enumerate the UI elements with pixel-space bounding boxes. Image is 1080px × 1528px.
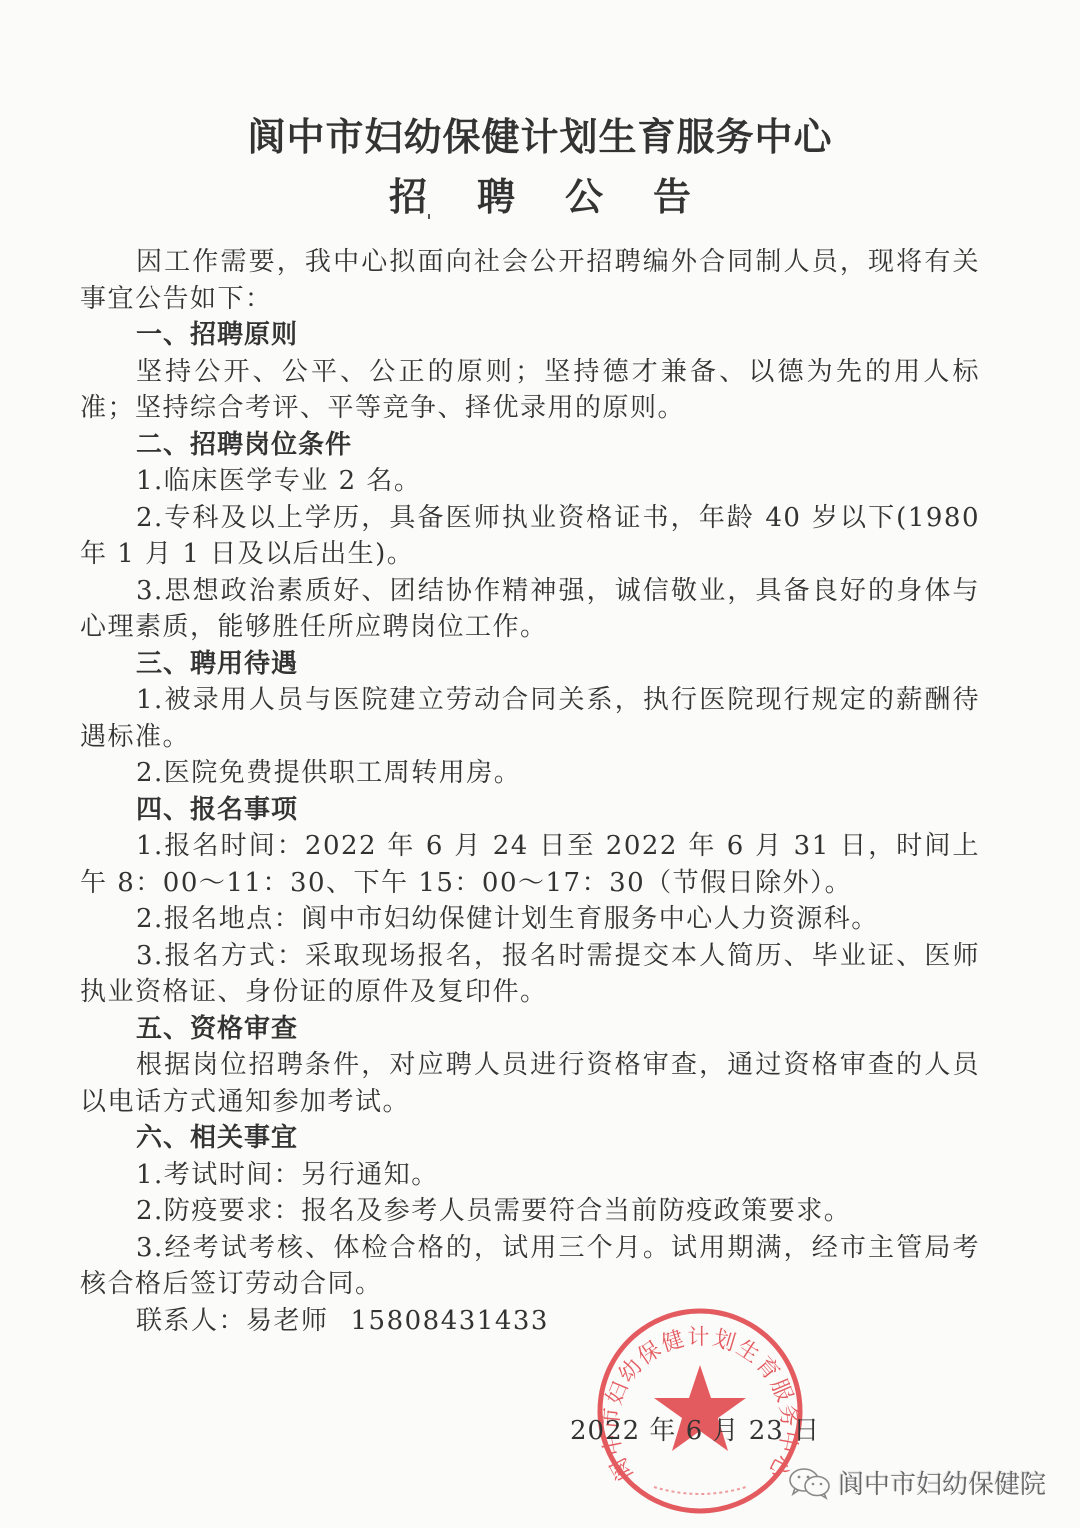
section-heading: 三、聘用待遇 <box>80 646 980 683</box>
wechat-icon <box>788 1466 832 1500</box>
section-paragraph: 1.临床医学专业 2 名。 <box>80 463 980 500</box>
section-qualification-review: 五、资格审查 根据岗位招聘条件，对应聘人员进行资格审查，通过资格审查的人员以电话… <box>80 1011 980 1121</box>
section-paragraph: 1.考试时间：另行通知。 <box>80 1157 980 1194</box>
section-heading: 六、相关事宜 <box>80 1120 980 1157</box>
section-registration: 四、报名事项 1.报名时间：2022 年 6 月 24 日至 2022 年 6 … <box>80 792 980 1011</box>
document-subtitle: 招聘公告 <box>0 166 1080 221</box>
section-paragraph: 2.报名地点：阆中市妇幼保健计划生育服务中心人力资源科。 <box>80 901 980 938</box>
subtitle-char: 聘 <box>477 166 515 221</box>
section-paragraph: 1.被录用人员与医院建立劳动合同关系，执行医院现行规定的薪酬待遇标准。 <box>80 682 980 755</box>
section-related-matters: 六、相关事宜 1.考试时间：另行通知。 2.防疫要求：报名及参考人员需要符合当前… <box>80 1120 980 1303</box>
watermark-label: 阆中市妇幼保健院 <box>838 1464 1046 1501</box>
section-heading: 四、报名事项 <box>80 792 980 829</box>
subtitle-char: 招 <box>389 166 427 221</box>
document-title: 阆中市妇幼保健计划生育服务中心 <box>0 106 1080 161</box>
section-paragraph: 1.报名时间：2022 年 6 月 24 日至 2022 年 6 月 31 日，… <box>80 828 980 901</box>
section-benefits: 三、聘用待遇 1.被录用人员与医院建立劳动合同关系，执行医院现行规定的薪酬待遇标… <box>80 646 980 792</box>
section-paragraph: 3.思想政治素质好、团结协作精神强，诚信敬业，具备良好的身体与心理素质，能够胜任… <box>80 573 980 646</box>
document-body: 因工作需要，我中心拟面向社会公开招聘编外合同制人员，现将有关事宜公告如下： 一、… <box>80 244 980 1339</box>
section-requirements: 二、招聘岗位条件 1.临床医学专业 2 名。 2.专科及以上学历，具备医师执业资… <box>80 427 980 646</box>
wechat-watermark: 阆中市妇幼保健院 <box>788 1464 1046 1501</box>
section-paragraph: 坚持公开、公平、公正的原则；坚持德才兼备、以德为先的用人标准；坚持综合考评、平等… <box>80 354 980 427</box>
intro-paragraph: 因工作需要，我中心拟面向社会公开招聘编外合同制人员，现将有关事宜公告如下： <box>80 244 980 317</box>
section-paragraph: 2.医院免费提供职工周转用房。 <box>80 755 980 792</box>
subtitle-char: 告 <box>653 166 691 221</box>
document-page: 阆中市妇幼保健计划生育服务中心 招聘公告 因工作需要，我中心拟面向社会公开招聘编… <box>0 0 1080 1528</box>
contact-label: 联系人：易老师 <box>136 1306 329 1336</box>
section-principles: 一、招聘原则 坚持公开、公平、公正的原则；坚持德才兼备、以德为先的用人标准；坚持… <box>80 317 980 427</box>
scan-speck <box>428 214 430 219</box>
section-heading: 五、资格审查 <box>80 1011 980 1048</box>
section-paragraph: 2.防疫要求：报名及参考人员需要符合当前防疫政策要求。 <box>80 1193 980 1230</box>
contact-line: 联系人：易老师15808431433 <box>80 1303 980 1340</box>
contact-phone: 15808431433 <box>351 1306 549 1336</box>
section-paragraph: 3.报名方式：采取现场报名，报名时需提交本人简历、毕业证、医师执业资格证、身份证… <box>80 938 980 1011</box>
subtitle-char: 公 <box>565 166 603 221</box>
section-heading: 一、招聘原则 <box>80 317 980 354</box>
section-heading: 二、招聘岗位条件 <box>80 427 980 464</box>
section-paragraph: 2.专科及以上学历，具备医师执业资格证书，年龄 40 岁以下(1980 年 1 … <box>80 500 980 573</box>
section-paragraph: 根据岗位招聘条件，对应聘人员进行资格审查，通过资格审查的人员以电话方式通知参加考… <box>80 1047 980 1120</box>
document-date: 2022 年 6 月 23 日 <box>570 1410 820 1447</box>
section-paragraph: 3.经考试考核、体检合格的，试用三个月。试用期满，经市主管局考核合格后签订劳动合… <box>80 1230 980 1303</box>
